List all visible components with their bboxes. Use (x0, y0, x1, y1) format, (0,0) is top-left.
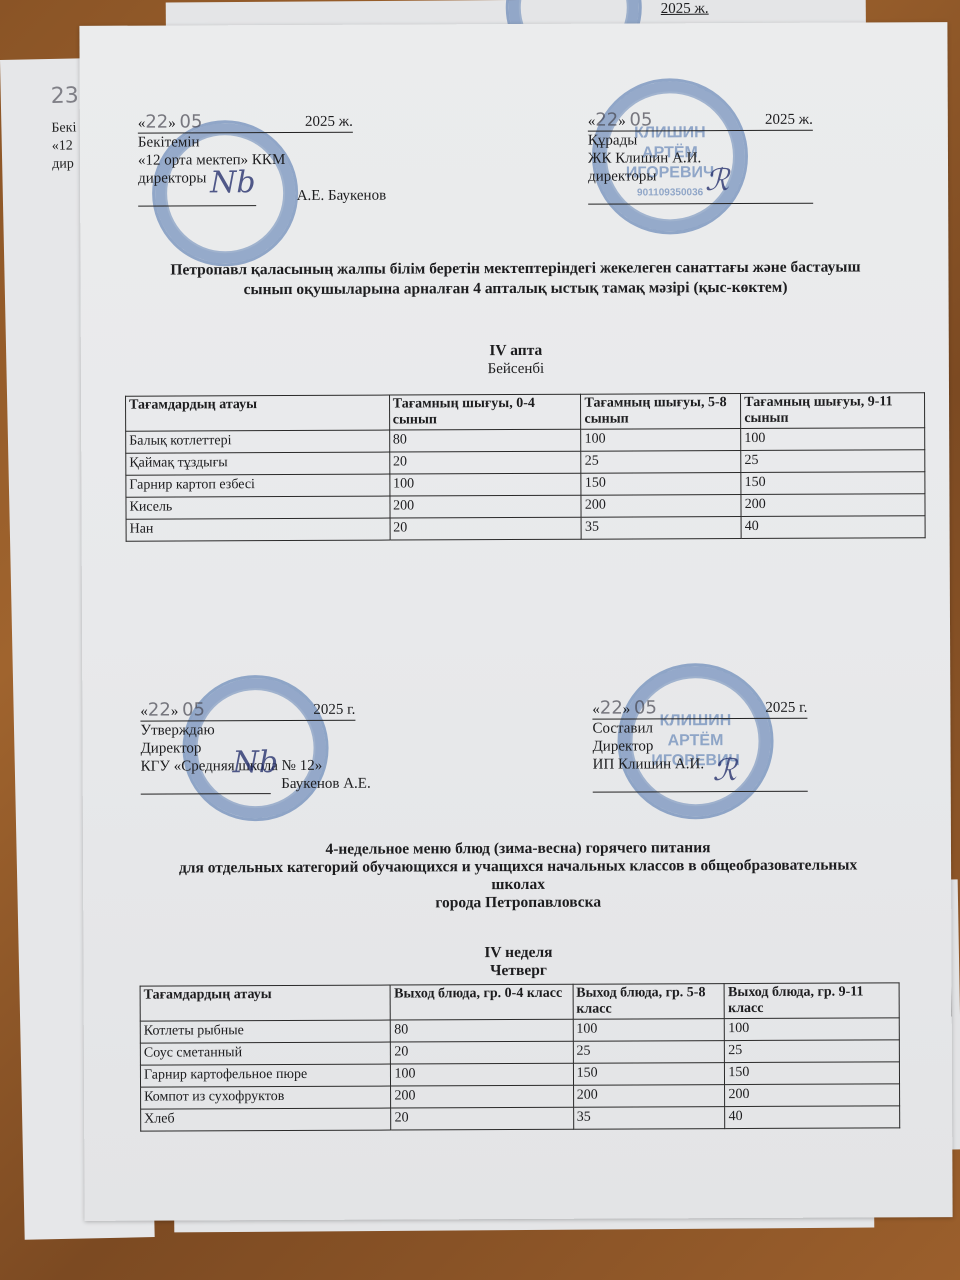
portion-cell: 200 (391, 1085, 573, 1108)
portion-cell: 20 (390, 517, 582, 540)
portion-cell: 80 (389, 429, 581, 452)
handwritten-month: 05 (634, 697, 657, 718)
signatory-name: Баукенов А.Е. (281, 775, 371, 793)
column-header: Выход блюда, гр. 0-4 класс (391, 984, 573, 1020)
portion-cell: 35 (573, 1107, 725, 1130)
menu-table-kz: Тағамдардың атауыТағамның шығуы, 0-4 сын… (125, 392, 926, 541)
portion-cell: 20 (391, 1041, 573, 1064)
portion-cell: 200 (741, 494, 925, 517)
approval-line: Директор (593, 737, 808, 756)
handwritten-day: 22 (148, 700, 171, 721)
table-row: Хлеб203540 (141, 1106, 900, 1131)
portion-cell: 200 (725, 1084, 900, 1107)
dish-name-cell: Кисель (126, 496, 390, 519)
approval-line: Бекітемін (138, 133, 353, 152)
snippet-line: дир (52, 156, 74, 172)
column-header: Тағамның шығуы, 5-8 сынып (581, 394, 741, 430)
dish-name-cell: Нан (126, 518, 390, 541)
dish-name-cell: Котлеты рыбные (140, 1020, 391, 1043)
approval-line: Утверждаю (140, 721, 355, 740)
handwritten-month: 05 (182, 699, 205, 720)
portion-cell: 20 (391, 1107, 573, 1130)
dish-name-cell: Соус сметанный (140, 1042, 391, 1065)
date-year: 2025 ж. (661, 1, 709, 18)
portion-cell: 100 (391, 1063, 573, 1086)
menu-table-ru: Тағамдардың атауыВыход блюда, гр. 0-4 кл… (140, 982, 901, 1131)
portion-cell: 25 (581, 451, 741, 474)
dish-name-cell: Балық котлеттері (126, 430, 390, 453)
dish-name-cell: Гарнир картофельное пюре (140, 1064, 391, 1087)
portion-cell: 100 (725, 1018, 900, 1041)
approval-date: «22» 05 2025 ж. (588, 111, 813, 132)
document-title-kz-line2: сынып оқушыларына арналған 4 апталық ыст… (121, 278, 911, 299)
dish-name-cell: Хлеб (141, 1108, 392, 1131)
signature-line (593, 773, 808, 793)
column-header: Выход блюда, гр. 5-8 класс (573, 984, 725, 1020)
table-row: Нан203540 (126, 516, 925, 541)
portion-cell: 35 (581, 517, 741, 540)
approval-block-ru-right: «22» 05 2025 г. Составил Директор ИП Кли… (592, 699, 807, 793)
portion-cell: 100 (573, 1019, 725, 1042)
handwritten-day: 22 (595, 110, 618, 131)
handwritten-date: 23 (51, 83, 80, 109)
approval-line: Құрады (588, 131, 813, 150)
signatory-name: А.Е. Баукенов (297, 187, 387, 205)
date-year: 2025 ж. (305, 113, 353, 132)
portion-cell: 20 (389, 451, 581, 474)
portion-cell: 200 (581, 495, 741, 518)
table-header-row: Тағамдардың атауыВыход блюда, гр. 0-4 кл… (140, 983, 899, 1021)
day-label-kz: Бейсенбі (121, 358, 911, 379)
portion-cell: 80 (391, 1019, 573, 1042)
approval-date: «22» 05 2025 г. (140, 701, 355, 722)
portion-cell: 100 (390, 473, 582, 496)
handwritten-day: 22 (145, 112, 168, 133)
signature-icon: Nb (233, 745, 279, 780)
portion-cell: 200 (573, 1085, 725, 1108)
column-header: Тағамдардың атауы (126, 395, 390, 431)
snippet-line: Бекі (51, 120, 76, 137)
approval-line: ЖК Клишин А.И. (588, 149, 813, 168)
date-year: 2025 г. (313, 701, 355, 720)
dish-name-cell: Гарнир картоп езбесі (126, 474, 390, 497)
dish-name-cell: Компот из сухофруктов (141, 1086, 392, 1109)
approval-line: директоры (588, 167, 813, 186)
approval-date: «22» 05 2025 ж. (138, 113, 353, 134)
portion-cell: 100 (581, 429, 741, 452)
handwritten-day: 22 (600, 698, 623, 719)
signature-icon: ℛ (705, 163, 729, 198)
column-header: Тағамның шығуы, 0-4 сынып (389, 394, 581, 430)
portion-cell: 150 (581, 473, 741, 496)
portion-cell: 150 (725, 1062, 900, 1085)
day-label-ru: Четверг (123, 960, 913, 981)
signature-icon: Nb (210, 165, 256, 200)
portion-cell: 200 (390, 495, 582, 518)
menu-document-page: «22» 05 2025 ж. Бекітемін «12 орта мекте… (79, 22, 952, 1221)
portion-cell: 25 (725, 1040, 900, 1063)
portion-cell: 25 (741, 450, 925, 473)
handwritten-month: 05 (179, 111, 202, 132)
portion-cell: 40 (725, 1106, 900, 1129)
portion-cell: 40 (741, 516, 925, 539)
dish-name-cell: Қаймақ тұздығы (126, 452, 390, 475)
handwritten-month: 05 (629, 109, 652, 130)
document-title-ru-line4: города Петропавловска (123, 892, 913, 913)
signature-line (588, 185, 813, 205)
column-header: Тағамның шығуы, 9-11 сынып (741, 393, 925, 429)
column-header: Выход блюда, гр. 9-11 класс (725, 983, 900, 1019)
approval-line: ИП Клишин А.И. (593, 755, 808, 774)
column-header: Тағамдардың атауы (140, 985, 391, 1021)
table-header-row: Тағамдардың атауыТағамның шығуы, 0-4 сын… (126, 393, 925, 431)
portion-cell: 150 (741, 472, 925, 495)
document-title-kz-line1: Петропавл қаласының жалпы білім беретін … (120, 258, 910, 279)
portion-cell: 25 (573, 1041, 725, 1064)
portion-cell: 150 (573, 1063, 725, 1086)
date-year: 2025 г. (765, 699, 807, 718)
portion-cell: 100 (741, 428, 925, 451)
date-year: 2025 ж. (765, 111, 813, 130)
approval-line: Составил (592, 719, 807, 738)
signature-icon: ℛ (713, 753, 737, 788)
snippet-line: «12 (52, 138, 73, 154)
approval-date: «22» 05 2025 г. (592, 699, 807, 720)
approval-block-kz-right: «22» 05 2025 ж. Құрады ЖК Клишин А.И. ди… (588, 111, 813, 205)
